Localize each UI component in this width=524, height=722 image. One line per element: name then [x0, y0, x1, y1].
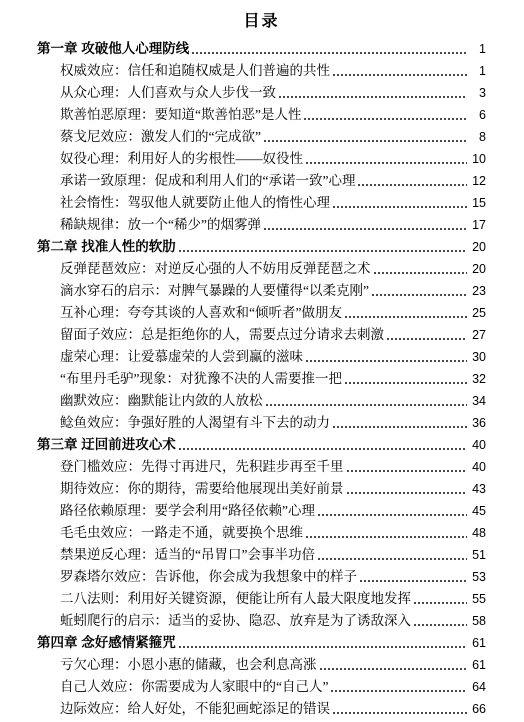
dot-leader	[317, 544, 467, 566]
dot-leader	[191, 38, 467, 60]
dot-leader	[332, 192, 467, 214]
dot-leader	[373, 258, 468, 280]
page-number: 20	[470, 236, 486, 258]
page-number: 53	[470, 566, 486, 588]
dot-leader	[317, 500, 467, 522]
entry-label: 罗森塔尔效应：告诉他，你会成为我想象中的样子	[60, 566, 357, 588]
dot-leader	[346, 478, 468, 500]
page-number: 58	[470, 610, 486, 632]
page-number: 61	[470, 632, 486, 654]
toc-entry-row[interactable]: 鲶鱼效应：争强好胜的人渴望有斗下去的动力36	[37, 412, 486, 434]
toc-entry-row[interactable]: 反弹琵琶效应：对逆反心强的人不妨用反弹琵琶之术20	[37, 258, 486, 280]
page-number: 55	[470, 588, 486, 610]
toc-entry-row[interactable]: 路径依赖原理：要学会利用“路径依赖”心理45	[37, 500, 486, 522]
entry-label: 毛毛虫效应：一路走不通，就要换个思维	[60, 522, 303, 544]
page-number: 25	[470, 302, 486, 324]
entry-label: 反弹琵琶效应：对逆反心强的人不妨用反弹琵琶之术	[60, 258, 371, 280]
dot-leader	[178, 434, 467, 456]
page-number: 40	[470, 456, 486, 478]
entry-label: 第四章 念好感情紧箍咒	[37, 632, 176, 654]
dot-leader	[371, 280, 467, 302]
toc-chapter-row[interactable]: 第四章 念好感情紧箍咒61	[37, 632, 486, 654]
entry-label: 二八法则：利用好关键资源，便能让所有人最大限度地发挥	[60, 588, 411, 610]
toc-entry-row[interactable]: “布里丹毛驴”现象：对犹豫不决的人需要推一把32	[37, 368, 486, 390]
entry-label: “布里丹毛驴”现象：对犹豫不决的人需要推一把	[60, 368, 342, 390]
dot-leader	[319, 654, 468, 676]
toc-entry-row[interactable]: 欺善怕恶原理：要知道“欺善怕恶”是人性6	[37, 104, 486, 126]
page-number: 15	[470, 192, 486, 214]
dot-leader	[332, 60, 467, 82]
dot-leader	[265, 390, 468, 412]
page-number: 8	[470, 126, 486, 148]
entry-label: 欺善怕恶原理：要知道“欺善怕恶”是人性	[60, 104, 301, 126]
entry-label: 第二章 找准人性的软肋	[37, 236, 176, 258]
page-number: 30	[470, 346, 486, 368]
entry-label: 自己人效应：你需要成为人家眼中的“自己人”	[60, 676, 328, 698]
page-number: 32	[470, 368, 486, 390]
toc-list: 第一章 攻破他人心理防线1权威效应：信任和追随权威是人们普遍的共性1从众心理：人…	[37, 38, 486, 720]
page-number: 48	[470, 522, 486, 544]
toc-entry-row[interactable]: 稀缺规律：放一个“稀少”的烟雾弹17	[37, 214, 486, 236]
toc-entry-row[interactable]: 亏欠心理：小恩小惠的储藏，也会利息高涨61	[37, 654, 486, 676]
entry-label: 登门槛效应：先得寸再进尺，先积跬步再至千里	[60, 456, 344, 478]
dot-leader	[305, 522, 467, 544]
toc-entry-row[interactable]: 蚯蚓爬行的启示：适当的妥协、隐忍、放弃是为了诱敌深入58	[37, 610, 486, 632]
page-number: 66	[470, 698, 486, 720]
entry-label: 互补心理：夸夸其谈的人喜欢和“倾听者”做朋友	[60, 302, 342, 324]
entry-label: 稀缺规律：放一个“稀少”的烟雾弹	[60, 214, 261, 236]
toc-chapter-row[interactable]: 第二章 找准人性的软肋20	[37, 236, 486, 258]
page-number: 17	[470, 214, 486, 236]
entry-label: 蚯蚓爬行的启示：适当的妥协、隐忍、放弃是为了诱敌深入	[60, 610, 411, 632]
toc-entry-row[interactable]: 自己人效应：你需要成为人家眼中的“自己人”64	[37, 676, 486, 698]
entry-label: 虚荣心理：让爱慕虚荣的人尝到赢的滋味	[60, 346, 303, 368]
toc-entry-row[interactable]: 社会惰性：驾驭他人就要防止他人的惰性心理15	[37, 192, 486, 214]
toc-entry-row[interactable]: 滴水穿石的启示：对脾气暴躁的人要懂得“以柔克刚”23	[37, 280, 486, 302]
page-number: 36	[470, 412, 486, 434]
toc-chapter-row[interactable]: 第三章 迂回前进攻心术40	[37, 434, 486, 456]
toc-entry-row[interactable]: 蔡戈尼效应：激发人们的“完成欲”8	[37, 126, 486, 148]
entry-label: 期待效应：你的期待，需要给他展现出美好前景	[60, 478, 344, 500]
entry-label: 蔡戈尼效应：激发人们的“完成欲”	[60, 126, 261, 148]
dot-leader	[263, 126, 467, 148]
entry-label: 幽默效应：幽默能让内敛的人放松	[60, 390, 263, 412]
toc-entry-row[interactable]: 禁果逆反心理：适当的“吊胃口”会事半功倍51	[37, 544, 486, 566]
dot-leader	[178, 632, 467, 654]
toc-entry-row[interactable]: 虚荣心理：让爱慕虚荣的人尝到赢的滋味30	[37, 346, 486, 368]
page-number: 23	[470, 280, 486, 302]
dot-leader	[346, 456, 468, 478]
dot-leader	[178, 236, 467, 258]
page-number: 64	[470, 676, 486, 698]
toc-entry-row[interactable]: 期待效应：你的期待，需要给他展现出美好前景43	[37, 478, 486, 500]
dot-leader	[305, 148, 467, 170]
toc-entry-row[interactable]: 互补心理：夸夸其谈的人喜欢和“倾听者”做朋友25	[37, 302, 486, 324]
page-number: 34	[470, 390, 486, 412]
entry-label: 从众心理：人们喜欢与众人步伐一致	[60, 82, 276, 104]
toc-entry-row[interactable]: 罗森塔尔效应：告诉他，你会成为我想象中的样子53	[37, 566, 486, 588]
toc-page: 目录 第一章 攻破他人心理防线1权威效应：信任和追随权威是人们普遍的共性1从众心…	[0, 0, 524, 722]
page-number: 12	[470, 170, 486, 192]
entry-label: 滴水穿石的启示：对脾气暴躁的人要懂得“以柔克刚”	[60, 280, 369, 302]
dot-leader	[413, 610, 467, 632]
page-number: 6	[470, 104, 486, 126]
entry-label: 第三章 迂回前进攻心术	[37, 434, 176, 456]
page-number: 10	[470, 148, 486, 170]
page-number: 51	[470, 544, 486, 566]
entry-label: 亏欠心理：小恩小惠的储藏，也会利息高涨	[60, 654, 317, 676]
page-number: 61	[470, 654, 486, 676]
toc-entry-row[interactable]: 权威效应：信任和追随权威是人们普遍的共性1	[37, 60, 486, 82]
dot-leader	[330, 676, 467, 698]
entry-label: 社会惰性：驾驭他人就要防止他人的惰性心理	[60, 192, 330, 214]
entry-label: 权威效应：信任和追随权威是人们普遍的共性	[60, 60, 330, 82]
toc-entry-row[interactable]: 二八法则：利用好关键资源，便能让所有人最大限度地发挥55	[37, 588, 486, 610]
entry-label: 承诺一致原理：促成和利用人们的“承诺一致”心理	[60, 170, 355, 192]
dot-leader	[386, 324, 467, 346]
page-number: 1	[470, 38, 486, 60]
toc-entry-row[interactable]: 留面子效应：总是拒绝你的人，需要点过分请求去刺激27	[37, 324, 486, 346]
entry-label: 禁果逆反心理：适当的“吊胃口”会事半功倍	[60, 544, 315, 566]
dot-leader	[303, 104, 467, 126]
toc-chapter-row[interactable]: 第一章 攻破他人心理防线1	[37, 38, 486, 60]
dot-leader	[332, 698, 467, 720]
toc-entry-row[interactable]: 毛毛虫效应：一路走不通，就要换个思维48	[37, 522, 486, 544]
page-number: 40	[470, 434, 486, 456]
dot-leader	[413, 588, 467, 610]
dot-leader	[344, 368, 467, 390]
entry-label: 路径依赖原理：要学会利用“路径依赖”心理	[60, 500, 315, 522]
page-number: 45	[470, 500, 486, 522]
page-number: 43	[470, 478, 486, 500]
entry-label: 留面子效应：总是拒绝你的人，需要点过分请求去刺激	[60, 324, 384, 346]
page-number: 3	[470, 82, 486, 104]
toc-entry-row[interactable]: 从众心理：人们喜欢与众人步伐一致3	[37, 82, 486, 104]
toc-entry-row[interactable]: 登门槛效应：先得寸再进尺，先积跬步再至千里40	[37, 456, 486, 478]
toc-entry-row[interactable]: 边际效应：给人好处，不能犯画蛇添足的错误66	[37, 698, 486, 720]
dot-leader	[278, 82, 467, 104]
dot-leader	[344, 302, 467, 324]
page-number: 27	[470, 324, 486, 346]
dot-leader	[263, 214, 467, 236]
toc-entry-row[interactable]: 奴役心理：利用好人的劣根性——奴役性10	[37, 148, 486, 170]
entry-label: 奴役心理：利用好人的劣根性——奴役性	[60, 148, 303, 170]
entry-label: 边际效应：给人好处，不能犯画蛇添足的错误	[60, 698, 330, 720]
toc-entry-row[interactable]: 承诺一致原理：促成和利用人们的“承诺一致”心理12	[37, 170, 486, 192]
entry-label: 第一章 攻破他人心理防线	[37, 38, 189, 60]
page-title: 目录	[37, 10, 486, 36]
entry-label: 鲶鱼效应：争强好胜的人渴望有斗下去的动力	[60, 412, 330, 434]
dot-leader	[332, 412, 467, 434]
dot-leader	[357, 170, 467, 192]
toc-entry-row[interactable]: 幽默效应：幽默能让内敛的人放松34	[37, 390, 486, 412]
page-number: 1	[470, 60, 486, 82]
page-number: 20	[470, 258, 486, 280]
dot-leader	[305, 346, 467, 368]
dot-leader	[359, 566, 467, 588]
